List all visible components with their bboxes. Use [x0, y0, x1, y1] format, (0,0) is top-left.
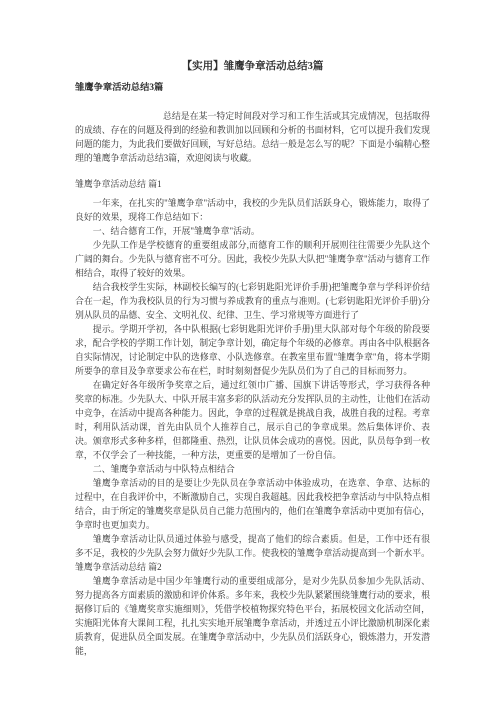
- section-1-paragraph: 在确定好各年级所争奖章之后，通过红领巾广播、国旗下讲话等形式，学习获得各种奖章的…: [75, 378, 430, 462]
- section-1-paragraph: 雏鹰争章活动的目的是要让少先队员在争章活动中体验成功，在选章、争章、达标的过程中…: [75, 476, 430, 532]
- section-1-paragraph: 雏鹰争章活动让队员通过体验与感受，提高了他们的综合素质。但是，工作中还有很多不足…: [75, 532, 430, 560]
- section-1-subheading-2: 二、雏鹰争章活动与中队特点相结合: [75, 462, 430, 476]
- section-2-heading: 雏鹰争章活动总结 篇2: [75, 560, 430, 574]
- document-title: 【实用】雏鹰争章活动总结3篇: [75, 60, 430, 73]
- section-1-paragraph: 一年来，在扎实的"雏鹰争章"活动中，我校的少先队员们活跃身心，锻炼能力，取得了良…: [75, 196, 430, 224]
- section-1-heading: 雏鹰争章活动总结 篇1: [75, 177, 430, 191]
- intro-paragraph: 总结是在某一特定时间段对学习和工作生活或其完成情况，包括取得的成绩、存在的问题及…: [75, 109, 430, 165]
- section-1-paragraph: 结合我校学生实际，林副校长编写的(七彩钥匙阳光评价手册)把雏鹰争章与学科评价结合…: [75, 280, 430, 322]
- section-1-subheading-1: 一、结合德育工作，开展"雏鹰争章"活动。: [75, 224, 430, 238]
- section-2-paragraph: 雏鹰争章活动是中国少年雏鹰行动的重要组成部分，是对少先队员参加少先队活动、努力提…: [75, 574, 430, 658]
- document-page: 【实用】雏鹰争章活动总结3篇 雏鹰争章活动总结3篇 总结是在某一特定时间段对学习…: [0, 0, 500, 707]
- document-subtitle: 雏鹰争章活动总结3篇: [75, 82, 430, 95]
- section-1-paragraph: 少先队工作是学校德育的重要组成部分,而德育工作的顺利开展则往往需要少先队这个广阔…: [75, 238, 430, 280]
- section-1-paragraph: 提示。学期开学初，各中队根据(七彩钥匙阳光评价手册)里大队部对每个年级的阶段要求…: [75, 322, 430, 378]
